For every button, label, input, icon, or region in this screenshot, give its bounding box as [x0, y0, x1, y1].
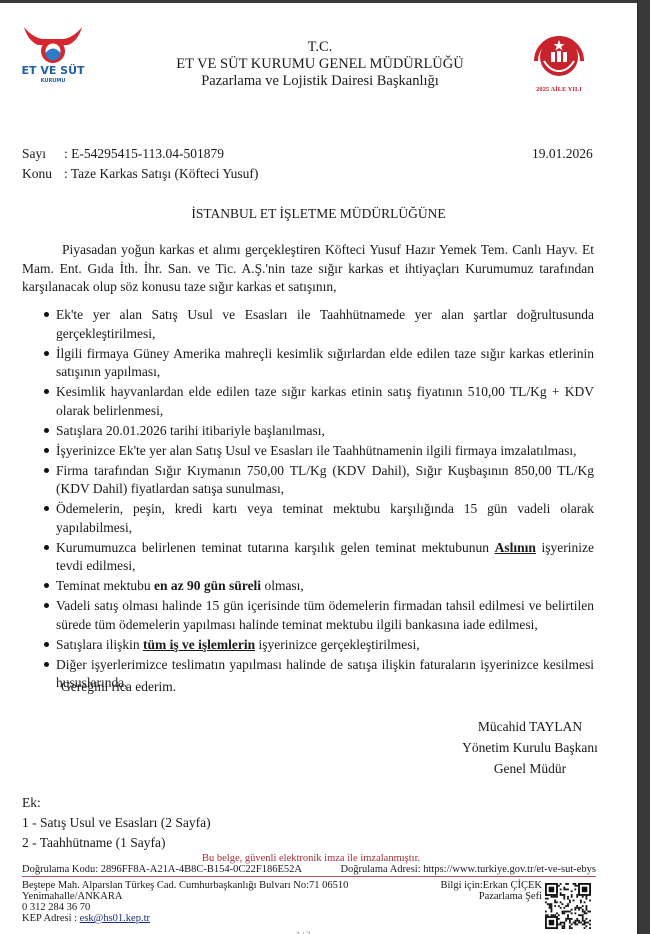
- condition-item: Firma tarafından Sığır Kıymanın 750,00 T…: [44, 462, 594, 499]
- letterhead-department: Pazarlama ve Lojistik Dairesi Başkanlığı: [120, 73, 520, 90]
- intro-paragraph: Piyasadan yoğun karkas et alımı gerçekle…: [22, 241, 594, 297]
- addressee: İSTANBUL ET İŞLETME MÜDÜRLÜĞÜNE: [0, 206, 637, 222]
- condition-item: Kurumumuzca belirlenen teminat tutarına …: [44, 539, 594, 576]
- esign-notice: Bu belge, güvenli elektronik imza ile im…: [202, 853, 420, 864]
- signatory-name: Mücahid TAYLAN: [440, 716, 620, 737]
- document-number: Sayı: E-54295415-113.04-501879: [22, 146, 224, 162]
- attachments: Ek: 1 - Satış Usul ve Esasları (2 Sayfa)…: [22, 793, 211, 853]
- footer-kep: KEP Adresi : esk@hs01.kep.tr: [22, 913, 348, 924]
- verification-code: Doğrulama Kodu: 2896FF8A-A21A-4B8C-B154-…: [22, 864, 302, 875]
- verification-address[interactable]: Doğrulama Adresi: https://www.turkiye.go…: [340, 864, 596, 875]
- svg-text:2025 AİLE YILI: 2025 AİLE YILI: [536, 86, 582, 93]
- signature-block: Mücahid TAYLAN Yönetim Kurulu Başkanı Ge…: [440, 716, 620, 779]
- svg-text:KURUMU: KURUMU: [41, 78, 66, 84]
- footer-contact: Bilgi için:Erkan ÇİÇEK Pazarlama Şefi: [430, 880, 542, 902]
- closing-line: Gereğini rica ederim.: [61, 679, 176, 695]
- aile-yili-logo-icon: 2025 AİLE YILI: [528, 25, 590, 97]
- signatory-title-2: Genel Müdür: [440, 758, 620, 779]
- attachments-label: Ek:: [22, 793, 211, 813]
- qr-code-icon: [545, 883, 591, 929]
- document-date: 19.01.2026: [532, 146, 593, 162]
- attachment-item: 2 - Taahhütname (1 Sayfa): [22, 833, 211, 853]
- condition-item: Ek'te yer alan Satış Usul ve Esasları il…: [44, 306, 594, 343]
- signatory-title: Yönetim Kurulu Başkanı: [440, 737, 620, 758]
- letterhead-line-tc: T.C.: [120, 39, 520, 56]
- attachment-item: 1 - Satış Usul ve Esasları (2 Sayfa): [22, 813, 211, 833]
- condition-item: Kesimlik hayvanlardan elde edilen taze s…: [44, 383, 594, 420]
- et-ve-sut-logo-icon: ET VE SÜT KURUMU: [18, 23, 88, 85]
- viewer-scrollbar[interactable]: [637, 0, 650, 934]
- condition-item: Ödemelerin, peşin, kredi kartı veya temi…: [44, 500, 594, 537]
- page-indicator: 1 / 2: [296, 930, 310, 934]
- document-subject: Konu: Taze Karkas Satışı (Köfteci Yusuf): [22, 166, 258, 182]
- conditions-list: Ek'te yer alan Satış Usul ve Esasları il…: [44, 306, 594, 694]
- letterhead: T.C. ET VE SÜT KURUMU GENEL MÜDÜRLÜĞÜ Pa…: [120, 39, 520, 90]
- verification-row: Doğrulama Kodu: 2896FF8A-A21A-4B8C-B154-…: [22, 864, 596, 877]
- kep-email-link[interactable]: esk@hs01.kep.tr: [80, 913, 150, 924]
- letterhead-institution: ET VE SÜT KURUMU GENEL MÜDÜRLÜĞÜ: [120, 56, 520, 73]
- footer-address: Beştepe Mah. Alparslan Türkeş Cad. Cumhu…: [22, 880, 348, 924]
- condition-item: Vadeli satış olması halinde 15 gün içeri…: [44, 597, 594, 634]
- svg-text:ET VE SÜT: ET VE SÜT: [21, 63, 85, 77]
- condition-item: Teminat mektubu en az 90 gün süreli olma…: [44, 577, 594, 596]
- condition-item: Satışlara ilişkin tüm iş ve işlemlerin i…: [44, 636, 594, 655]
- condition-item: İşyerinizce Ek'te yer alan Satış Usul ve…: [44, 442, 594, 461]
- condition-item: Satışlara 20.01.2026 tarihi itibariyle b…: [44, 422, 594, 441]
- footer-phone: 0 312 284 36 70: [22, 902, 348, 913]
- condition-item: İlgili firmaya Güney Amerika mahreçli ke…: [44, 345, 594, 382]
- document-page: ET VE SÜT KURUMU T.C. ET VE SÜT KURUMU G…: [0, 3, 637, 934]
